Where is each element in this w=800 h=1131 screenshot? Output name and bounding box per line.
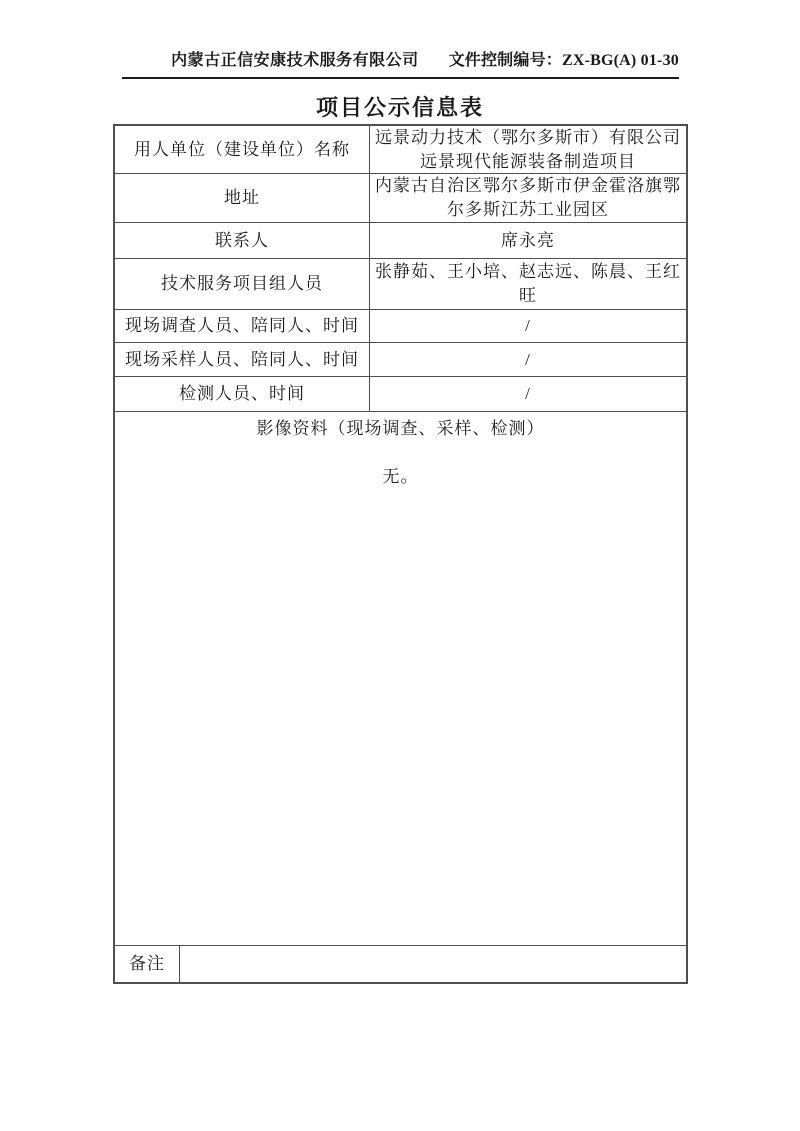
site-survey-value: / bbox=[370, 310, 686, 342]
sampling-label: 现场采样人员、陪同人、时间 bbox=[115, 343, 370, 376]
contact-value: 席永亮 bbox=[370, 223, 686, 258]
testing-value: / bbox=[370, 377, 686, 411]
project-team-label: 技术服务项目组人员 bbox=[115, 259, 370, 309]
remark-label: 备注 bbox=[115, 946, 180, 982]
table-row-contact: 联系人 席永亮 bbox=[115, 223, 686, 259]
testing-label: 检测人员、时间 bbox=[115, 377, 370, 411]
employer-value: 远景动力技术（鄂尔多斯市）有限公司远景现代能源装备制造项目 bbox=[370, 126, 686, 173]
table-row-project-team: 技术服务项目组人员 张静茹、王小培、赵志远、陈晨、王红旺 bbox=[115, 259, 686, 310]
media-section-content: 无。 bbox=[115, 465, 686, 489]
table-row-address: 地址 内蒙古自治区鄂尔多斯市伊金霍洛旗鄂尔多斯江苏工业园区 bbox=[115, 174, 686, 223]
site-survey-label: 现场调查人员、陪同人、时间 bbox=[115, 310, 370, 342]
table-row-sampling: 现场采样人员、陪同人、时间 / bbox=[115, 343, 686, 377]
company-name: 内蒙古正信安康技术服务有限公司 bbox=[171, 50, 419, 72]
document-page: 内蒙古正信安康技术服务有限公司 文件控制编号：ZX-BG(A) 01-30 项目… bbox=[0, 0, 800, 1131]
table-row-employer: 用人单位（建设单位）名称 远景动力技术（鄂尔多斯市）有限公司远景现代能源装备制造… bbox=[115, 126, 686, 174]
remark-value bbox=[180, 946, 686, 982]
employer-label: 用人单位（建设单位）名称 bbox=[115, 126, 370, 173]
table-row-testing: 检测人员、时间 / bbox=[115, 377, 686, 412]
sampling-value: / bbox=[370, 343, 686, 376]
project-team-value: 张静茹、王小培、赵志远、陈晨、王红旺 bbox=[370, 259, 686, 309]
contact-label: 联系人 bbox=[115, 223, 370, 258]
address-value: 内蒙古自治区鄂尔多斯市伊金霍洛旗鄂尔多斯江苏工业园区 bbox=[370, 174, 686, 222]
document-header: 内蒙古正信安康技术服务有限公司 文件控制编号：ZX-BG(A) 01-30 bbox=[122, 50, 679, 79]
table-row-remark: 备注 bbox=[115, 946, 686, 982]
address-label: 地址 bbox=[115, 174, 370, 222]
media-section-heading: 影像资料（现场调查、采样、检测） bbox=[115, 412, 686, 441]
table-row-site-survey: 现场调查人员、陪同人、时间 / bbox=[115, 310, 686, 343]
media-section: 影像资料（现场调查、采样、检测） 无。 bbox=[115, 412, 686, 946]
project-info-table: 用人单位（建设单位）名称 远景动力技术（鄂尔多斯市）有限公司远景现代能源装备制造… bbox=[113, 124, 688, 984]
doc-control-number: 文件控制编号：ZX-BG(A) 01-30 bbox=[449, 50, 679, 72]
page-title: 项目公示信息表 bbox=[0, 94, 800, 122]
